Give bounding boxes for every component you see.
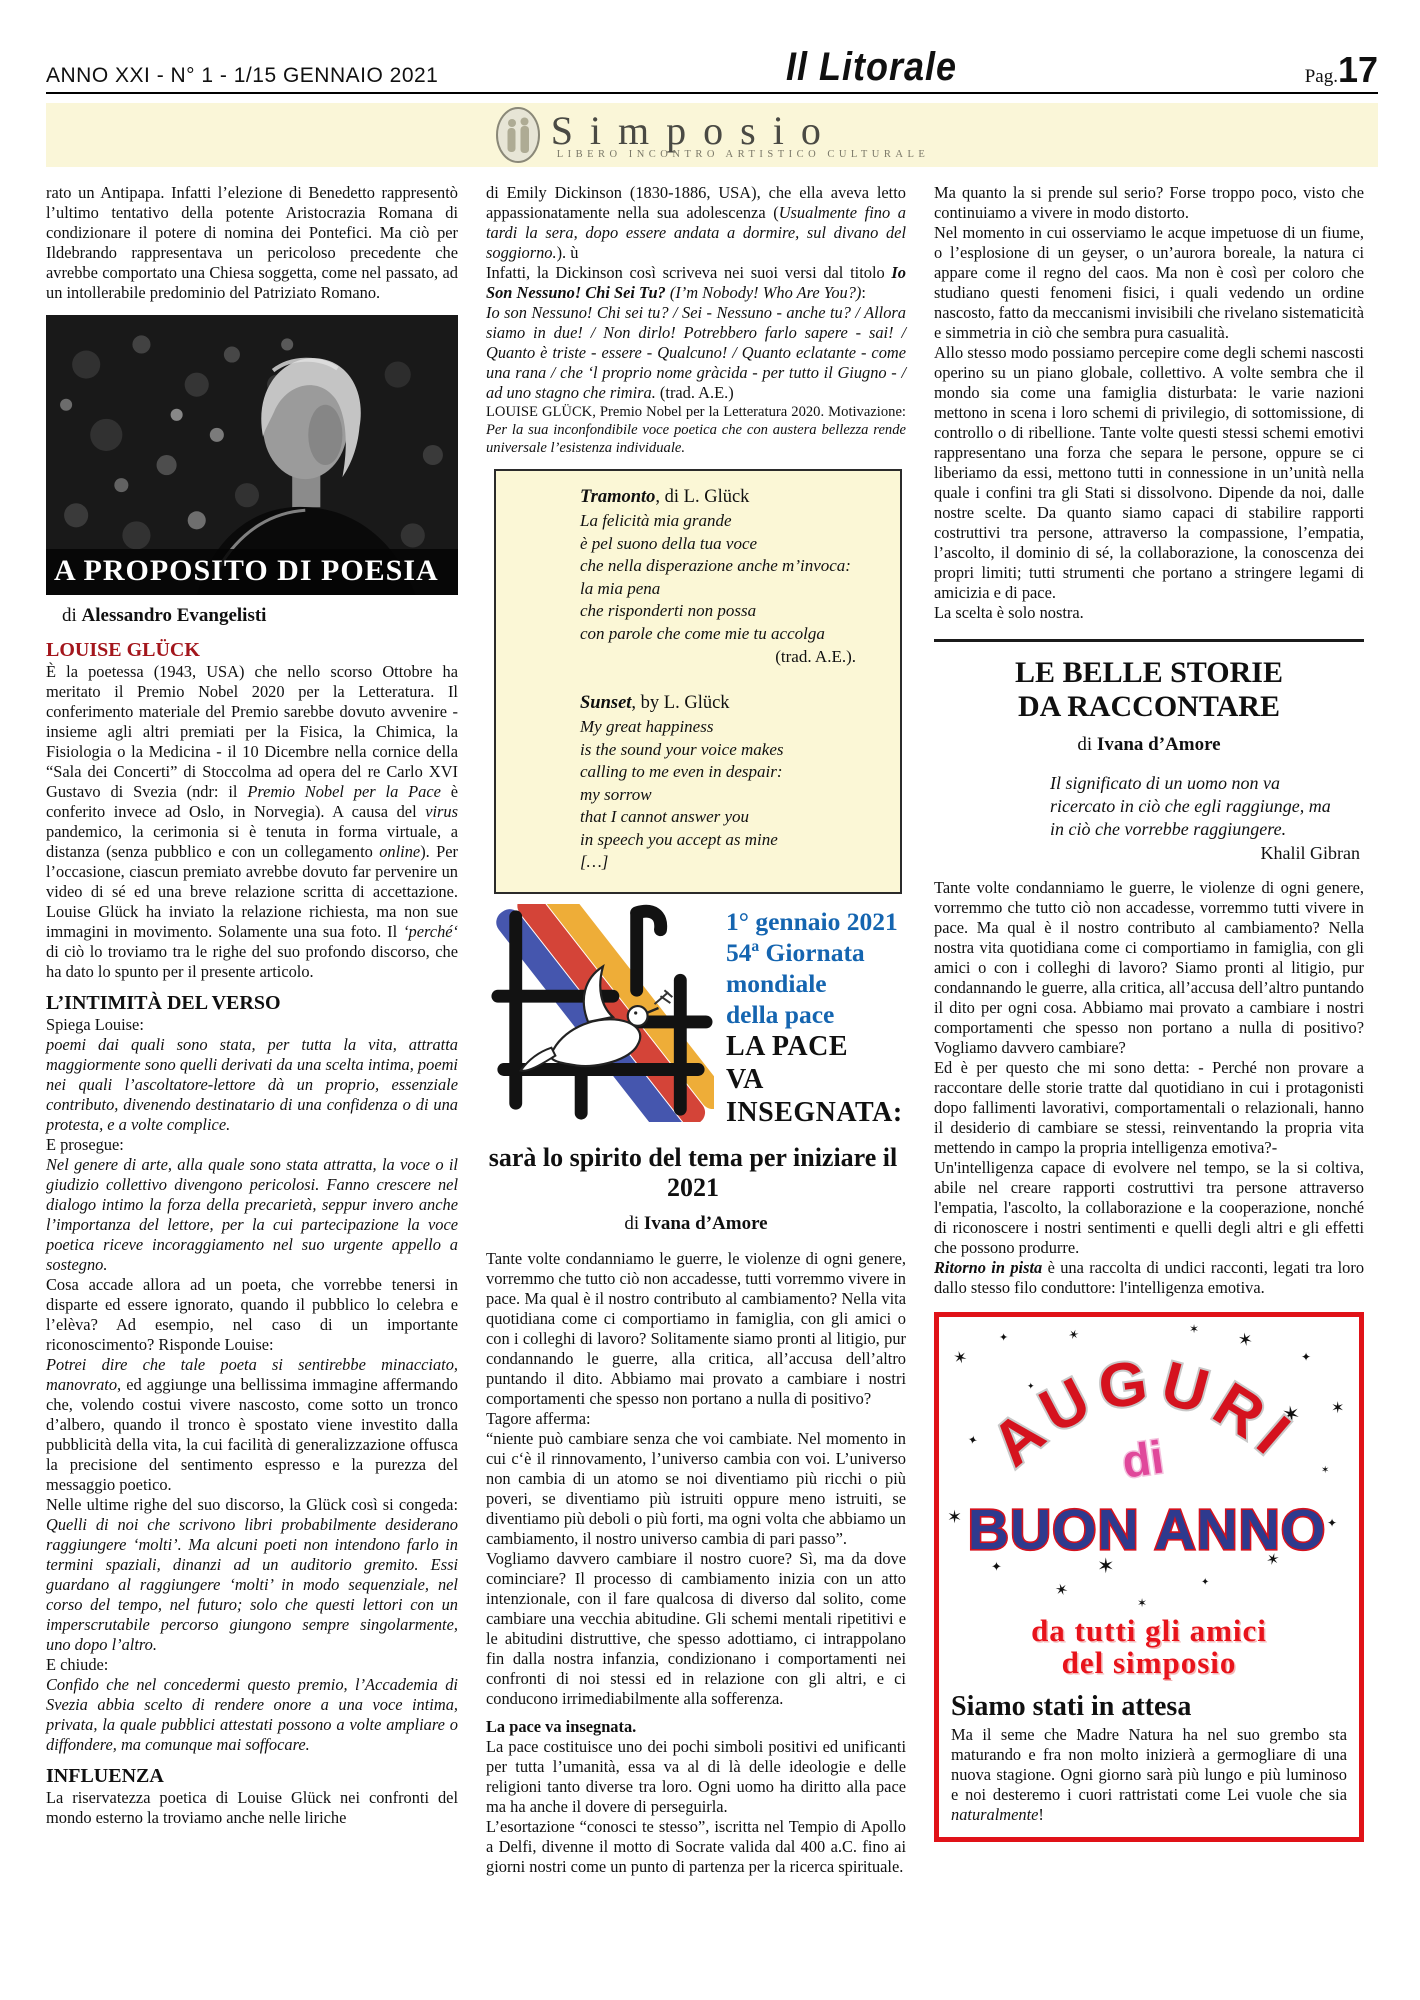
banner-subtitle: LIBERO INCONTRO ARTISTICO CULTURALE [557, 149, 930, 160]
quote-line: Il significato di un uomo non va [1050, 772, 1364, 795]
poem-line: la mia pena [580, 578, 882, 601]
poem-title: Tramonto, di L. Glück [580, 487, 882, 508]
paragraph: E prosegue: [46, 1135, 458, 1155]
paragraph: “niente può cambiare senza che voi cambi… [486, 1429, 906, 1549]
poem-line: è pel suono della tua voce [580, 533, 882, 556]
paragraph: Tante volte condanniamo le guerre, le vi… [934, 878, 1364, 1058]
paragraph: di Emily Dickinson (1830-1886, USA), che… [486, 183, 906, 263]
paragraph: Ed è per questo che mi sono detta: - Per… [934, 1058, 1364, 1158]
paragraph: E chiude: [46, 1655, 458, 1675]
column-2: di Emily Dickinson (1830-1886, USA), che… [486, 183, 906, 1877]
byline-author: Ivana d’Amore [644, 1213, 768, 1234]
paragraph: La riservatezza poetica di Louise Glück … [46, 1788, 458, 1828]
issue-date: ANNO XXI - N° 1 - 1/15 GENNAIO 2021 [46, 64, 438, 88]
column-1: rato un Antipapa. Infatti l’elezione di … [46, 183, 458, 1877]
peace-slogan-line: INSEGNATA: [726, 1096, 903, 1129]
quote-line: ricercato in ciò che egli raggiunge, ma [1050, 795, 1364, 818]
paragraph: rato un Antipapa. Infatti l’elezione di … [46, 183, 458, 303]
simposio-banner: Simposio LIBERO INCONTRO ARTISTICO CULTU… [46, 103, 1378, 167]
poem-line: that I cannot answer you [580, 806, 882, 829]
poem-credit: (trad. A.E.). [580, 647, 856, 667]
byline-author: Ivana d’Amore [1097, 734, 1221, 755]
article-subtitle: sarà lo spirito del tema per iniziare il… [486, 1143, 900, 1203]
svg-text:✶: ✶ [1189, 1322, 1199, 1336]
byline-prefix: di [624, 1213, 644, 1234]
column-3: Ma quanto la si prende sul serio? Forse … [934, 183, 1364, 1877]
svg-text:✶: ✶ [1331, 1398, 1344, 1417]
banner-title: Simposio [551, 111, 930, 151]
masthead-title: Il Litorale [786, 44, 957, 90]
paragraph: L’esortazione “conosci te stesso”, iscri… [486, 1817, 906, 1877]
paragraph: Infatti, la Dickinson così scriveva nei … [486, 263, 906, 303]
section-heading-influenza: INFLUENZA [46, 1765, 458, 1788]
paragraph: Tante volte condanniamo le guerre, le vi… [486, 1249, 906, 1409]
poem-line: My great happiness [580, 716, 882, 739]
paragraph: È la poetessa (1943, USA) che nello scor… [46, 662, 458, 982]
heading-line: DA RACCONTARE [934, 690, 1364, 724]
paragraph: Tagore afferma: [486, 1409, 906, 1429]
paragraph: Vogliamo davvero cambiare il nostro cuor… [486, 1549, 906, 1709]
paragraph: Cosa accade allora ad un poeta, che vorr… [46, 1275, 458, 1355]
paragraph: Potrei dire che tale poeta si sentirebbe… [46, 1355, 458, 1495]
buon-anno-word: BUON ANNO [968, 1498, 1326, 1562]
peace-day-block: 1° gennaio 2021 54ª Giornata mondiale de… [486, 904, 906, 1129]
gibran-quote: Il significato di un uomo non va ricerca… [1050, 772, 1364, 841]
belle-storie-heading: LE BELLE STORIE DA RACCONTARE [934, 656, 1364, 724]
poem-line: […] [580, 851, 882, 874]
byline-damore-2: di Ivana d’Amore [934, 734, 1364, 756]
svg-text:✶: ✶ [1321, 1465, 1329, 1476]
page-label: Pag. [1305, 66, 1338, 87]
paragraph: Allo stesso modo possiamo percepire come… [934, 343, 1364, 603]
verse-paragraph: Io son Nessuno! Chi sei tu? / Sei - Ness… [486, 303, 906, 403]
peace-date-line: della pace [726, 999, 903, 1030]
page-number-value: 17 [1338, 49, 1378, 90]
byline-author: Alessandro Evangelisti [82, 605, 267, 626]
peace-date-line: mondiale [726, 968, 903, 999]
byline-evangelisti: di Alessandro Evangelisti [62, 605, 458, 627]
paragraph: Un'intelligenza capace di evolvere nel t… [934, 1158, 1364, 1258]
svg-text:✦: ✦ [1201, 1577, 1209, 1588]
byline-damore: di Ivana d’Amore [486, 1213, 906, 1235]
poem-line: calling to me even in despair: [580, 761, 882, 784]
peace-slogan-line: VA [726, 1063, 903, 1096]
page-content: rato un Antipapa. Infatti l’elezione di … [0, 177, 1420, 1877]
poem-title: Sunset, by L. Glück [580, 693, 882, 714]
poem-line: La felicità mia grande [580, 510, 882, 533]
svg-text:✦: ✦ [991, 1560, 1002, 1575]
simposio-logo-icon [495, 106, 541, 164]
paragraph: Ma quanto la si prende sul serio? Forse … [934, 183, 1364, 223]
section-divider [934, 639, 1364, 642]
peace-date-line: 1° gennaio 2021 [726, 906, 903, 937]
paragraph: Ritorno in pista è una raccolta di undic… [934, 1258, 1364, 1298]
section-heading-intimita: L’INTIMITÀ DEL VERSO [46, 992, 458, 1015]
paragraph: La pace costituisce uno dei pochi simbol… [486, 1737, 906, 1817]
quote-line: in ciò che vorrebbe raggiungere. [1050, 818, 1364, 841]
section-heading-louise-gluck: LOUISE GLÜCK [46, 639, 458, 662]
peace-slogan-line: LA PACE [726, 1030, 903, 1063]
poem-box: Tramonto, di L. Glück La felicità mia gr… [494, 469, 902, 894]
svg-text:✶: ✶ [947, 1507, 962, 1528]
louise-gluck-photo: A PROPOSITO DI POESIA [46, 315, 458, 595]
svg-text:✶: ✶ [1137, 1596, 1147, 1610]
byline-prefix: di [1077, 734, 1097, 755]
sub-heading: La pace va insegnata. [486, 1717, 906, 1737]
nobel-motivation: LOUISE GLÜCK, Premio Nobel per la Letter… [486, 403, 906, 457]
peace-dove-image [486, 904, 714, 1122]
auguri-from-line: del simposio [939, 1645, 1359, 1681]
quote-paragraph: Nel genere di arte, alla quale sono stat… [46, 1155, 458, 1275]
poem-line: che nella disperazione anche m’invoca: [580, 555, 882, 578]
poem-line: con parole che come mie tu accolga [580, 623, 882, 646]
attesa-heading: Siamo stati in attesa [951, 1691, 1347, 1723]
poem-line: is the sound your voice makes [580, 739, 882, 762]
auguri-from-line: da tutti gli amici [939, 1613, 1359, 1649]
article-title: A PROPOSITO DI POESIA [46, 549, 458, 595]
newspaper-page: ANNO XXI - N° 1 - 1/15 GENNAIO 2021 Il L… [0, 0, 1420, 2000]
quote-paragraph: Confido che nel concedermi questo premio… [46, 1675, 458, 1755]
paragraph: Spiega Louise: [46, 1015, 458, 1035]
quote-paragraph: poemi dai quali sono stata, per tutta la… [46, 1035, 458, 1135]
poem-line: in speech you accept as mine [580, 829, 882, 852]
svg-text:✦: ✦ [1327, 1516, 1337, 1530]
heading-line: LE BELLE STORIE [934, 656, 1364, 690]
attesa-paragraph: Ma il seme che Madre Natura ha nel suo g… [951, 1725, 1347, 1825]
page-number: Pag.17 [1305, 52, 1378, 88]
paragraph: Nel momento in cui osserviamo le acque i… [934, 223, 1364, 343]
page-header: ANNO XXI - N° 1 - 1/15 GENNAIO 2021 Il L… [46, 0, 1378, 94]
peace-date-line: 54ª Giornata [726, 937, 903, 968]
poem-line: che risponderti non possa [580, 600, 882, 623]
auguri-di-word: di [1119, 1431, 1167, 1488]
svg-text:✦: ✦ [1301, 1350, 1311, 1364]
poem-line: my sorrow [580, 784, 882, 807]
peace-day-caption: 1° gennaio 2021 54ª Giornata mondiale de… [726, 904, 903, 1129]
auguri-buon-anno-graphic: ✶ ✦ ✶ ✶ ✶ ✦ ✶ ✦ ✶ ✦ ✶ ✶ ✦ ✶ ✦ [939, 1317, 1359, 1617]
quote-author: Khalil Gibran [934, 843, 1360, 864]
byline-prefix: di [62, 605, 82, 626]
auguri-box: ✶ ✦ ✶ ✶ ✶ ✦ ✶ ✦ ✶ ✦ ✶ ✶ ✦ ✶ ✦ [934, 1312, 1364, 1842]
paragraph: Nelle ultime righe del suo discorso, la … [46, 1495, 458, 1655]
svg-text:✦: ✦ [999, 1331, 1008, 1344]
paragraph: La scelta è solo nostra. [934, 603, 1364, 623]
